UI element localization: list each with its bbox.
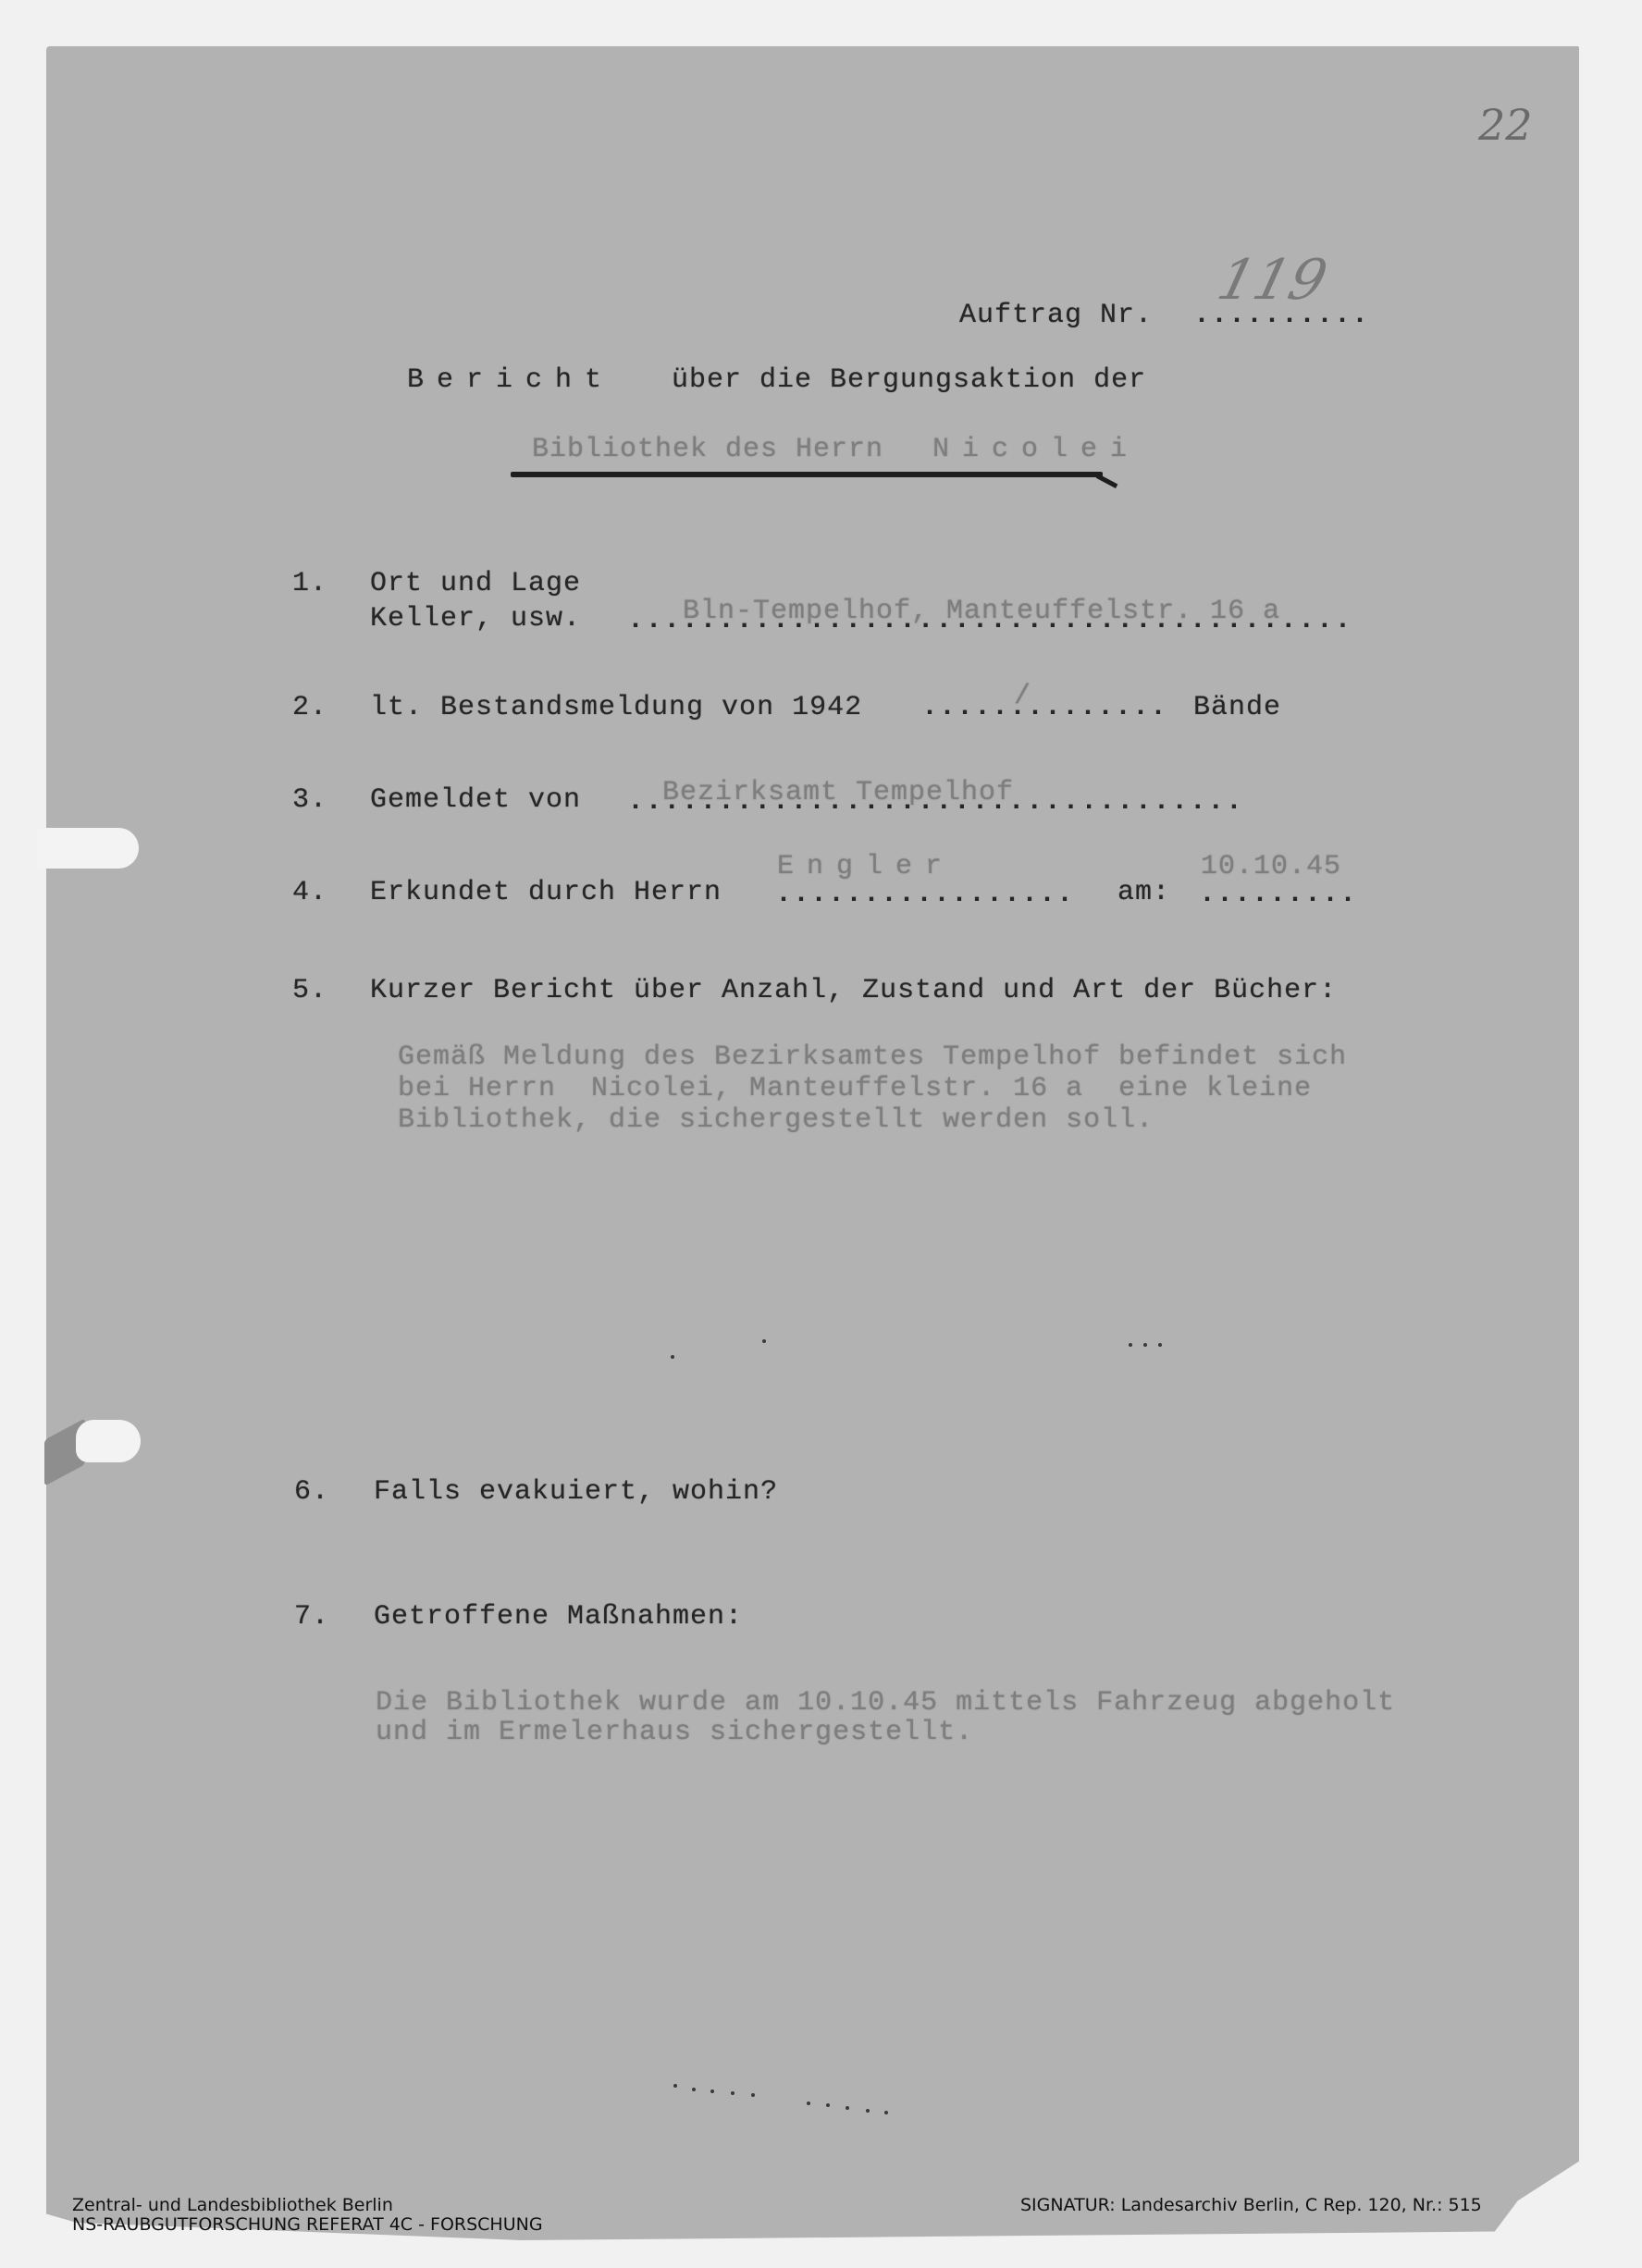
item-4-date-value: 10.10.45: [1201, 853, 1341, 881]
item-1-label-2: Keller, usw.: [370, 605, 581, 633]
item-4-date-dots: .........: [1199, 881, 1357, 908]
item-7-text-line: Die Bibliothek wurde am 10.10.45 mittels…: [376, 1689, 1395, 1717]
item-4-date-label: am:: [1117, 879, 1170, 906]
item-number-5: 5.: [292, 977, 327, 1005]
item-2-label: lt. Bestandsmeldung von 1942: [370, 694, 862, 721]
item-2-dots: ..............: [921, 694, 1167, 721]
punch-hole: [76, 1420, 141, 1462]
item-number-3: 3.: [292, 786, 327, 814]
item-number-2: 2.: [292, 694, 327, 721]
ink-speck: [846, 2106, 849, 2110]
item-6-label: Falls evakuiert, wohin?: [374, 1478, 778, 1506]
item-7-label: Getroffene Maßnahmen:: [374, 1603, 743, 1631]
ink-speck: [1143, 1343, 1147, 1347]
ink-speck: [1129, 1343, 1132, 1347]
item-5-text-line: Gemäß Meldung des Bezirksamtes Tempelhof…: [398, 1043, 1347, 1071]
footer-signature: SIGNATUR: Landesarchiv Berlin, C Rep. 12…: [1020, 2196, 1482, 2215]
ink-speck: [673, 2084, 677, 2088]
item-7-text-line: und im Ermelerhaus sichergestellt.: [376, 1719, 973, 1746]
report-title: über die Bergungsaktion der: [672, 366, 1146, 394]
item-number-6: 6.: [294, 1478, 329, 1506]
item-4-label: Erkundet durch Herrn: [370, 879, 722, 906]
report-title-spaced-word: Bericht: [407, 366, 614, 394]
ink-speck: [710, 2089, 714, 2093]
item-1-label: Ort und Lage: [370, 570, 581, 598]
library-owner: Nicolei: [932, 436, 1140, 463]
order-number-label: Auftrag Nr.: [959, 302, 1153, 329]
item-2-suffix: Bände: [1193, 694, 1281, 721]
punch-hole: [37, 828, 139, 869]
ink-speck: [692, 2088, 696, 2091]
ink-speck: [826, 2103, 830, 2107]
ink-speck: [1158, 1343, 1162, 1347]
item-2-value: /: [1014, 683, 1031, 710]
item-number-4: 4.: [292, 879, 327, 906]
item-1-value: Bln-Tempelhof, Manteuffelstr. 16 a: [683, 598, 1280, 625]
ink-speck: [762, 1339, 766, 1343]
item-5-label: Kurzer Bericht über Anzahl, Zustand und …: [370, 977, 1337, 1005]
ink-speck: [751, 2093, 755, 2097]
item-3-label: Gemeldet von: [370, 786, 581, 814]
item-3-value: Bezirksamt Tempelhof: [662, 779, 1014, 807]
item-number-1: 1.: [292, 570, 327, 598]
footer-department: NS-RAUBGUTFORSCHUNG REFERAT 4C - FORSCHU…: [72, 2215, 543, 2235]
library-name: Bibliothek des Herrn: [532, 436, 883, 463]
item-number-7: 7.: [294, 1603, 329, 1631]
footer-institution: Zentral- und Landesbibliothek Berlin: [72, 2196, 393, 2215]
ink-speck: [731, 2091, 735, 2095]
item-5-text-line: Bibliothek, die sichergestellt werden so…: [398, 1106, 1154, 1134]
ink-speck: [884, 2111, 888, 2114]
item-5-text-line: bei Herrn Nicolei, Manteuffelstr. 16 a e…: [398, 1075, 1312, 1103]
item-4-value: Engler: [777, 853, 955, 881]
ink-speck: [671, 1355, 674, 1359]
ink-speck: [807, 2102, 810, 2105]
title-underline: [511, 472, 1103, 477]
item-4-dots: .................: [775, 881, 1074, 908]
handwritten-page-number: 22: [1478, 100, 1533, 150]
ink-speck: [866, 2109, 870, 2113]
order-number-handwritten: 119: [1211, 248, 1333, 313]
